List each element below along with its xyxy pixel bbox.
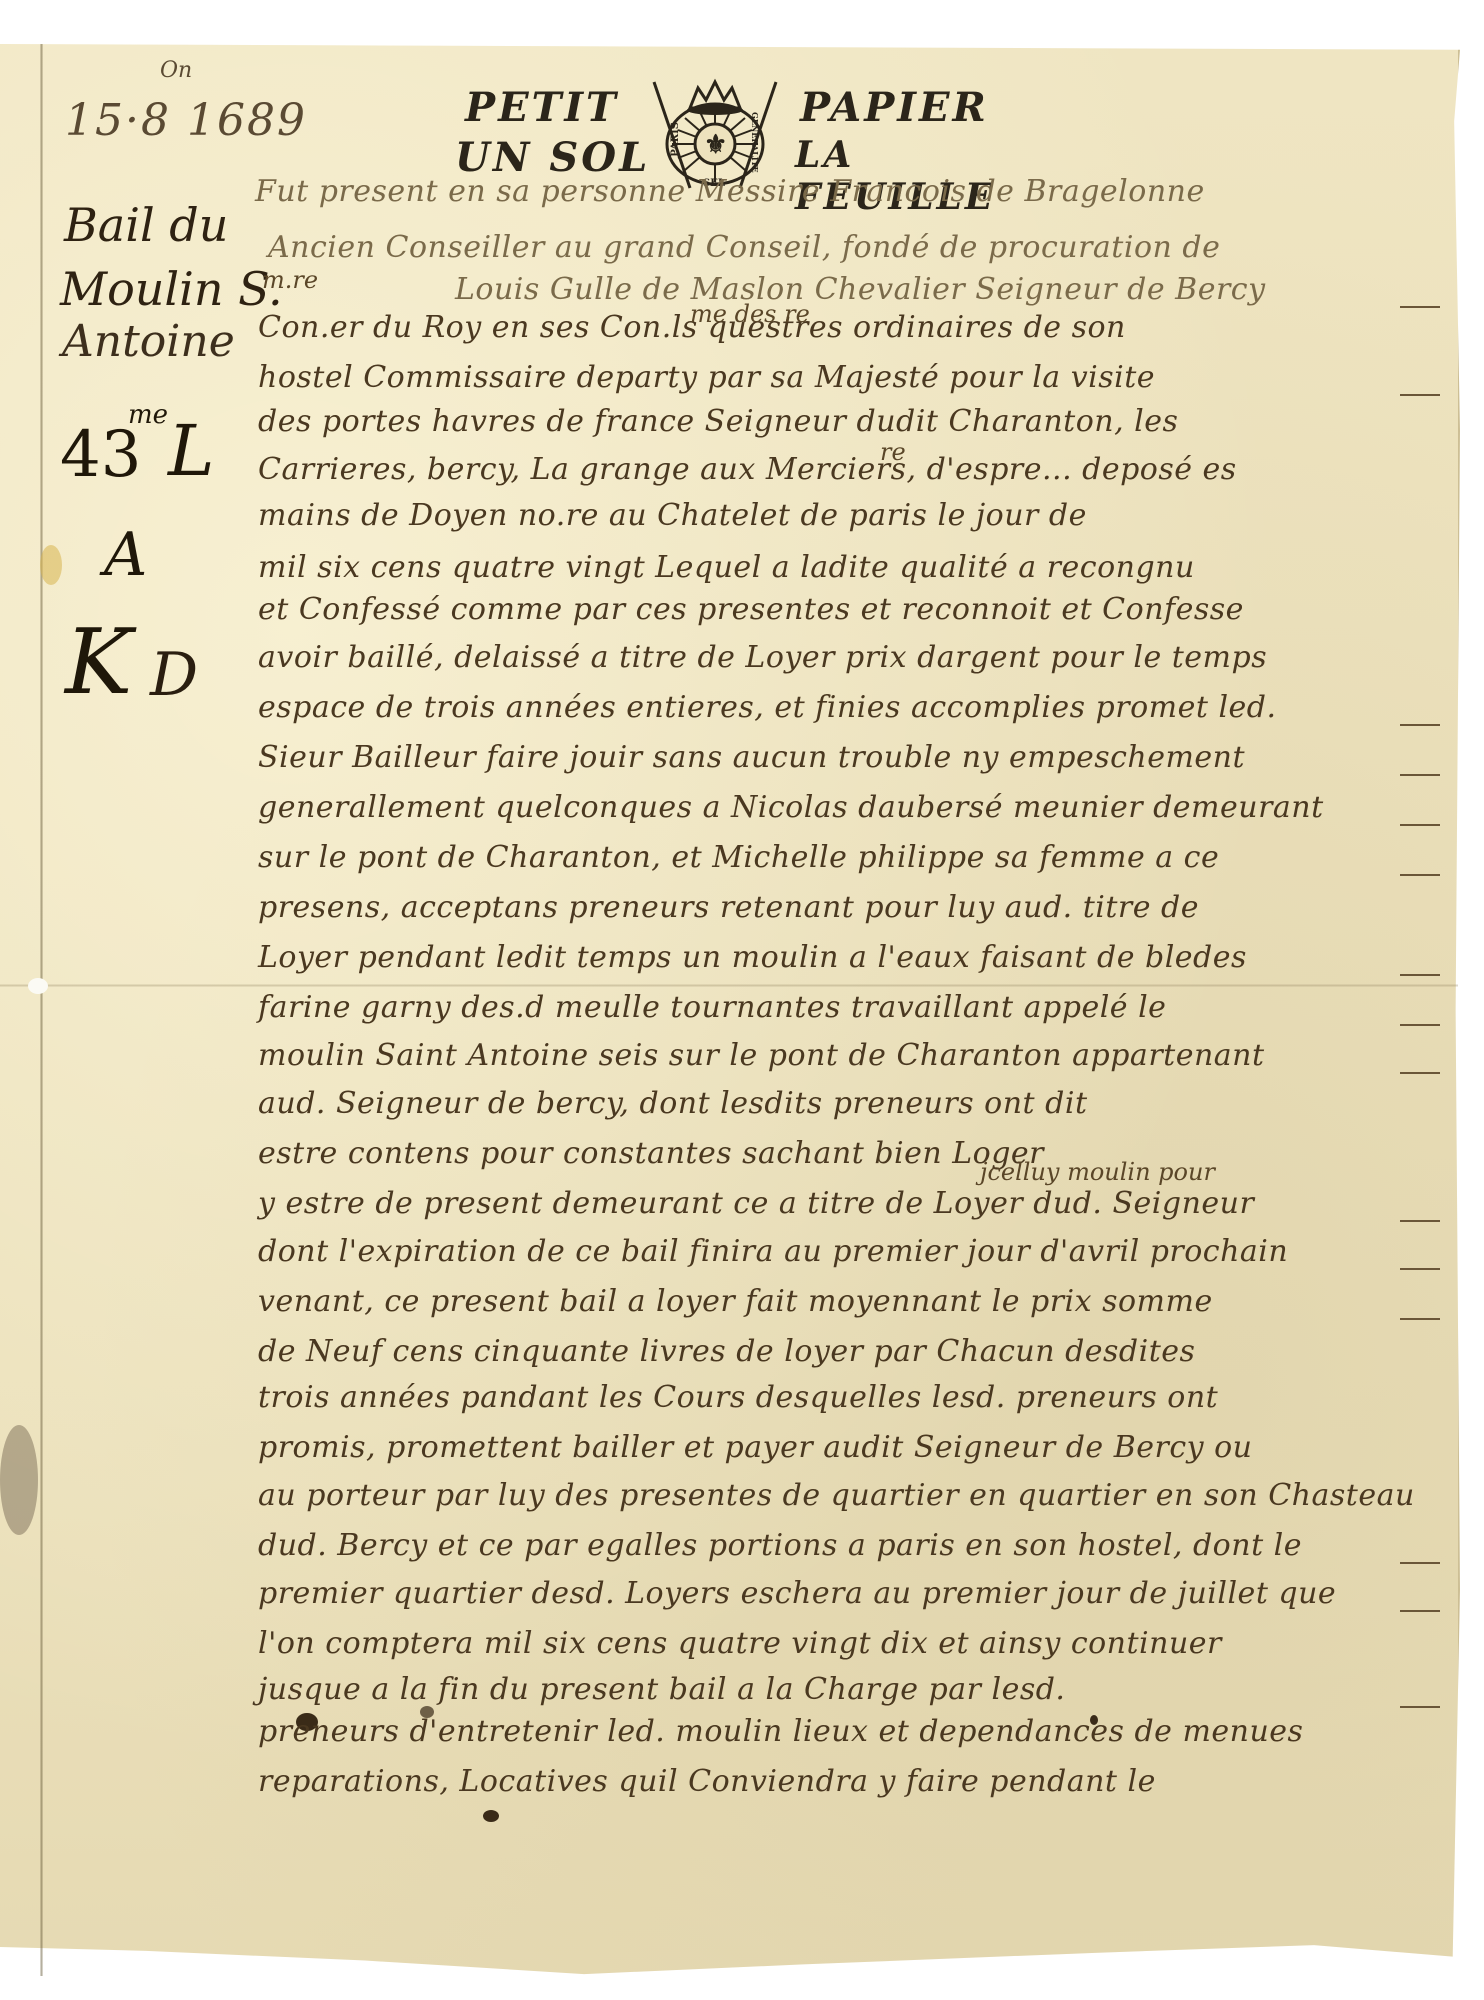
manuscript-line: Loyer pendant ledit temps un moulin a l'… bbox=[258, 940, 1247, 975]
manuscript-line: au porteur par luy des presentes de quar… bbox=[258, 1478, 1415, 1513]
line-filler-dash bbox=[1400, 1706, 1440, 1708]
manuscript-line: sur le pont de Charanton, et Michelle ph… bbox=[258, 840, 1219, 875]
manuscript-line: dont l'expiration de ce bail finira au p… bbox=[258, 1234, 1288, 1269]
line-filler-dash bbox=[1400, 724, 1440, 726]
line-filler-dash bbox=[1400, 774, 1440, 776]
manuscript-line: Ancien Conseiller au grand Conseil, fond… bbox=[268, 230, 1220, 265]
manuscript-line: mains de Doyen no.re au Chatelet de pari… bbox=[258, 498, 1087, 533]
line-filler-dash bbox=[1400, 1610, 1440, 1612]
manuscript-line: aud. Seigneur de bercy, dont lesdits pre… bbox=[258, 1086, 1088, 1121]
manuscript-line: y estre de present demeurant ce a titre … bbox=[258, 1186, 1254, 1221]
line-filler-dash bbox=[1400, 974, 1440, 976]
line-filler-dash bbox=[1400, 1072, 1440, 1074]
line-filler-dash bbox=[1400, 1318, 1440, 1320]
manuscript-line: moulin Saint Antoine seis sur le pont de… bbox=[258, 1038, 1265, 1073]
manuscript-line: Louis Gulle de Maslon Chevalier Seigneur… bbox=[455, 272, 1266, 307]
line-filler-dash bbox=[1400, 394, 1440, 396]
manuscript-line: venant, ce present bail a loyer fait moy… bbox=[258, 1284, 1213, 1319]
manuscript-line: premier quartier desd. Loyers eschera au… bbox=[258, 1576, 1336, 1611]
interlinear-insertion: me des re bbox=[690, 300, 810, 328]
manuscript-line: jusque a la fin du present bail a la Cha… bbox=[258, 1672, 1065, 1707]
line-filler-dash bbox=[1400, 1562, 1440, 1564]
manuscript-line: presens, acceptans preneurs retenant pou… bbox=[258, 890, 1199, 925]
manuscript-line: Carrieres, bercy, La grange aux Merciers… bbox=[258, 452, 1237, 487]
line-filler-dash bbox=[1400, 1220, 1440, 1222]
manuscript-line: espace de trois années entieres, et fini… bbox=[258, 690, 1277, 725]
line-filler-dash bbox=[1400, 1024, 1440, 1026]
manuscript-line: Fut present en sa personne Messire Franc… bbox=[255, 174, 1205, 209]
manuscript-line: estre contens pour constantes sachant bi… bbox=[258, 1136, 1044, 1171]
line-filler-dash bbox=[1400, 306, 1440, 308]
line-filler-dash bbox=[1400, 1268, 1440, 1270]
manuscript-line: dud. Bercy et ce par egalles portions a … bbox=[258, 1528, 1302, 1563]
manuscript-line: l'on comptera mil six cens quatre vingt … bbox=[258, 1626, 1222, 1661]
manuscript-line: reparations, Locatives quil Conviendra y… bbox=[258, 1764, 1156, 1799]
manuscript-body: Fut present en sa personne Messire Franc… bbox=[0, 0, 1484, 2000]
line-filler-dash bbox=[1400, 824, 1440, 826]
manuscript-line: trois années pandant les Cours desquelle… bbox=[258, 1380, 1218, 1415]
interlinear-insertion: m.re bbox=[262, 266, 318, 294]
manuscript-line: avoir baillé, delaissé a titre de Loyer … bbox=[258, 640, 1267, 675]
manuscript-line: des portes havres de france Seigneur dud… bbox=[258, 404, 1178, 439]
manuscript-line: mil six cens quatre vingt Lequel a ladit… bbox=[258, 550, 1195, 585]
manuscript-line: farine garny des.d meulle tournantes tra… bbox=[258, 990, 1166, 1025]
manuscript-line: et Confessé comme par ces presentes et r… bbox=[258, 592, 1244, 627]
manuscript-line: hostel Commissaire departy par sa Majest… bbox=[258, 360, 1155, 395]
line-filler-dash bbox=[1400, 874, 1440, 876]
manuscript-line: preneurs d'entretenir led. moulin lieux … bbox=[258, 1714, 1303, 1749]
interlinear-insertion: re bbox=[880, 438, 906, 466]
manuscript-line: Sieur Bailleur faire jouir sans aucun tr… bbox=[258, 740, 1245, 775]
manuscript-line: promis, promettent bailler et payer audi… bbox=[258, 1430, 1253, 1465]
manuscript-line: generallement quelconques a Nicolas daub… bbox=[258, 790, 1324, 825]
interlinear-insertion: jcelluy moulin pour bbox=[980, 1158, 1215, 1186]
manuscript-line: de Neuf cens cinquante livres de loyer p… bbox=[258, 1334, 1195, 1369]
